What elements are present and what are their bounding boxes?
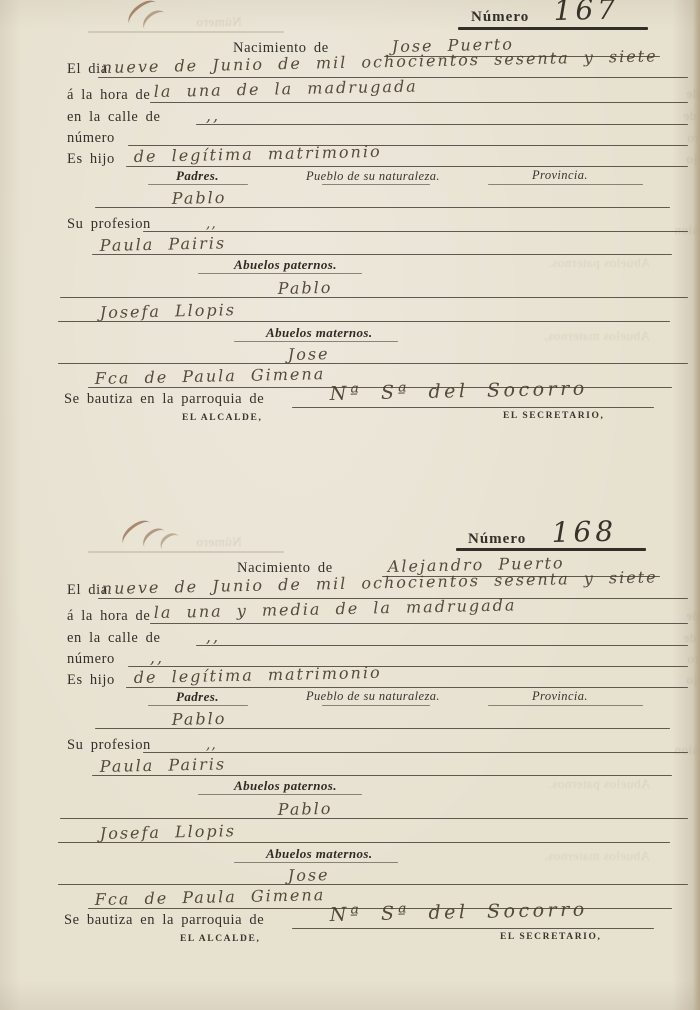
calle-label: en la calle de: [67, 109, 160, 126]
birth-record-168: Número El dia á la hora de en la calle d…: [0, 520, 700, 980]
street-value: ,,: [206, 106, 221, 125]
page-right-edge-shadow: [693, 0, 700, 1010]
ruled-line: [143, 231, 688, 232]
profesion-label: Su profesion: [67, 737, 151, 754]
bautiza-label: Se bautiza en la parroquia de: [64, 912, 264, 929]
maternal-grandmother-value: Fca de Paula Gimena: [95, 364, 326, 388]
house-number-label: número: [67, 651, 115, 668]
abuelos-paternos-header: Abuelos paternos.: [234, 778, 337, 794]
abuelos-maternos-header: Abuelos maternos.: [266, 846, 372, 862]
header-underline: [322, 705, 430, 706]
father-name-value: Pablo: [172, 709, 227, 729]
maternal-grandfather-value: Jose: [288, 344, 330, 364]
header-underline: [148, 705, 248, 706]
secretario-label: EL SECRETARIO,: [503, 411, 604, 421]
provincia-header: Provincia.: [532, 168, 588, 183]
paternal-grandmother-value: Josefa Llopis: [100, 821, 237, 843]
profesion-label: Su profesion: [67, 216, 151, 233]
maternal-grandmother-value: Fca de Paula Gimena: [95, 885, 326, 909]
bleedthrough-line: [88, 551, 284, 553]
header-underline: [488, 705, 643, 706]
house-number-value: ,,: [150, 648, 165, 667]
bleedthrough-numero: Número: [196, 534, 242, 550]
secretario-label: EL SECRETARIO,: [500, 932, 601, 942]
header-underline: [148, 184, 248, 185]
bleedthrough-ab-paternos: Abuelos paternos.: [548, 255, 650, 271]
provincia-header: Provincia.: [532, 689, 588, 704]
ruled-line: [58, 884, 688, 885]
ruled-line: [60, 297, 688, 298]
ruled-line: [58, 842, 670, 843]
profession-value: ,,: [206, 737, 217, 753]
legitimacy-value: de legítima matrimonio: [134, 663, 382, 687]
maternal-grandfather-value: Jose: [288, 865, 330, 885]
header-underline: [198, 273, 362, 274]
paternal-grandfather-value: Pablo: [278, 278, 333, 298]
header-underline: [234, 341, 398, 342]
padres-header: Padres.: [176, 689, 219, 705]
hora-label: á la hora de: [67, 608, 150, 625]
birth-date-value: nueve de Junio de mil ochocientos sesent…: [102, 567, 658, 598]
abuelos-maternos-header: Abuelos maternos.: [266, 325, 372, 341]
paternal-grandmother-value: Josefa Llopis: [100, 300, 237, 322]
numero-underline: [456, 548, 646, 551]
ruled-line: [58, 321, 670, 322]
ruled-line: [58, 363, 688, 364]
ruled-line: [292, 928, 654, 929]
ruled-line: [292, 407, 654, 408]
mother-name-value: Paula Pairis: [100, 754, 227, 776]
numero-label: Número: [471, 9, 529, 26]
house-number-label: número: [67, 130, 115, 147]
record-number-value: 167: [553, 0, 619, 27]
ruled-line: [196, 645, 688, 646]
bleedthrough-ab-maternos: Abuelos maternos,: [544, 848, 650, 864]
pueblo-header: Pueblo de su naturaleza.: [306, 689, 440, 704]
pueblo-header: Pueblo de su naturaleza.: [306, 169, 440, 184]
header-underline: [234, 862, 398, 863]
ruled-line: [95, 207, 670, 208]
ruled-line: [60, 818, 688, 819]
mother-name-value: Paula Pairis: [100, 233, 227, 255]
bleedthrough-line: [88, 31, 284, 33]
bleedthrough-ab-paternos: Abuelos paternos.: [548, 776, 650, 792]
birth-time-value: la una y media de la madrugada: [154, 595, 517, 622]
bleedthrough-numero: Número: [196, 14, 242, 30]
calle-label: en la calle de: [67, 630, 160, 647]
header-underline: [488, 184, 643, 185]
es-hijo-label: Es hijo: [67, 672, 115, 689]
birth-time-value: la una de la madrugada: [154, 76, 418, 101]
padres-header: Padres.: [176, 168, 219, 184]
record-number-value: 168: [551, 515, 617, 549]
paternal-grandfather-value: Pablo: [278, 799, 333, 819]
header-underline: [198, 794, 362, 795]
profession-value: ,,: [206, 216, 217, 232]
parish-value: Nª Sª del Socorro: [330, 899, 588, 926]
alcalde-label: EL ALCALDE,: [182, 413, 262, 423]
ruled-line: [150, 102, 688, 103]
father-name-value: Pablo: [172, 188, 227, 208]
ruled-line: [150, 623, 688, 624]
numero-label: Número: [468, 531, 526, 548]
bautiza-label: Se bautiza en la parroquia de: [64, 391, 264, 408]
hora-label: á la hora de: [67, 87, 150, 104]
ruled-line: [143, 752, 688, 753]
es-hijo-label: Es hijo: [67, 151, 115, 168]
bleedthrough-ab-maternos: Abuelos maternos,: [544, 328, 650, 344]
birth-record-167: Número El dia á la hora de en la calle d…: [0, 0, 700, 460]
parish-value: Nª Sª del Socorro: [330, 378, 588, 405]
ruled-line: [196, 124, 688, 125]
street-value: ,,: [206, 627, 221, 646]
header-underline: [322, 184, 430, 185]
numero-underline: [458, 27, 648, 30]
scanned-register-page: Número El dia á la hora de en la calle d…: [0, 0, 700, 1010]
abuelos-paternos-header: Abuelos paternos.: [234, 257, 337, 273]
alcalde-label: EL ALCALDE,: [180, 934, 260, 944]
legitimacy-value: de legítima matrimonio: [134, 142, 382, 166]
birth-date-value: nueve de Junio de mil ochocientos sesent…: [102, 46, 658, 77]
ruled-line: [95, 728, 670, 729]
